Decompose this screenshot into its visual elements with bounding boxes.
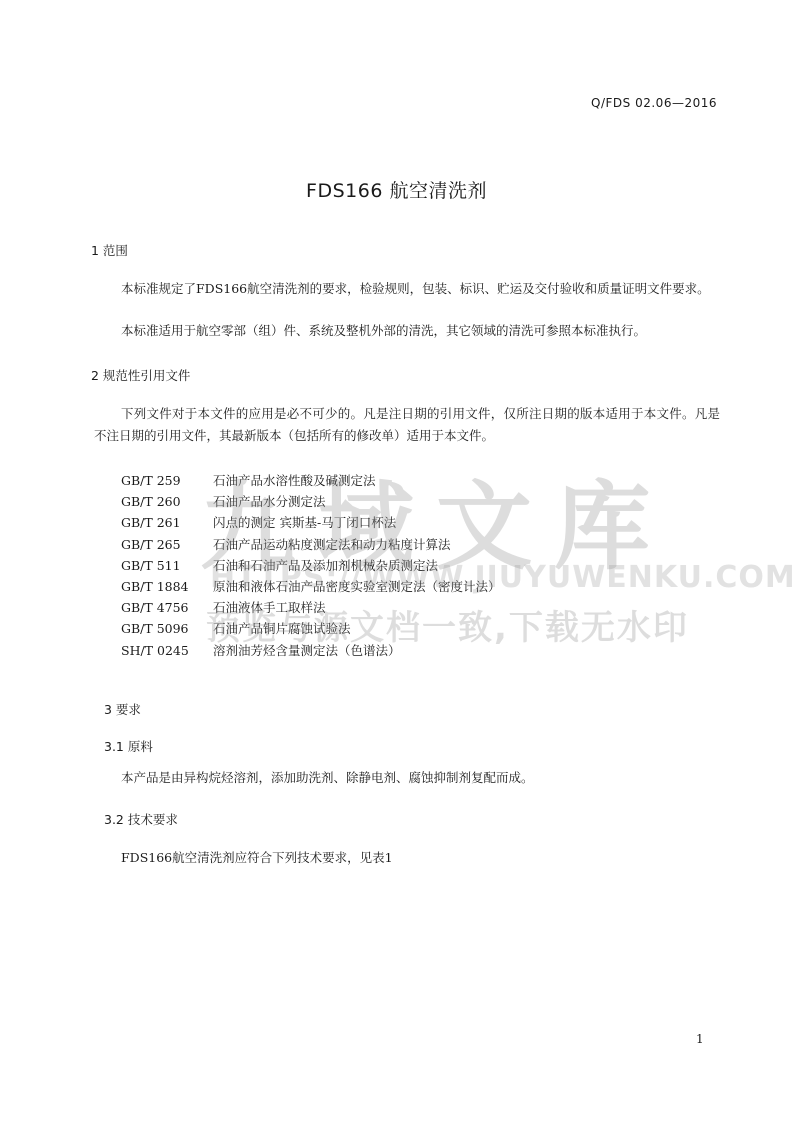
document-title: FDS166 航空清洗剂 <box>0 176 793 203</box>
reference-item: GB/T 4756 石油液体手工取样法 <box>121 597 501 618</box>
reference-code: GB/T 260 <box>121 491 213 512</box>
section-1-heading: 1 范围 <box>91 241 128 259</box>
section-1-paragraph-2: 本标准适用于航空零部（组）件、系统及整机外部的清洗，其它领域的清洗可参照本标准执… <box>94 320 720 342</box>
reference-code: GB/T 261 <box>121 512 213 533</box>
reference-code: GB/T 259 <box>121 470 213 491</box>
section-2-heading: 2 规范性引用文件 <box>91 366 190 384</box>
reference-title: 石油产品运动粘度测定法和动力粘度计算法 <box>213 534 451 555</box>
reference-item: GB/T 259 石油产品水溶性酸及碱测定法 <box>121 470 501 491</box>
standard-code: Q/FDS 02.06—2016 <box>591 96 717 110</box>
section-3-1-paragraph: 本产品是由异构烷烃溶剂，添加助洗剂、除静电剂、腐蚀抑制剂复配而成。 <box>121 767 747 789</box>
section-3-heading: 3 要求 <box>104 700 141 718</box>
reference-code: GB/T 1884 <box>121 576 213 597</box>
section-3-1-heading: 3.1 原料 <box>104 737 153 755</box>
reference-item: GB/T 511 石油和石油产品及添加剂机械杂质测定法 <box>121 555 501 576</box>
page-number: 1 <box>696 1032 704 1046</box>
reference-item: GB/T 1884 原油和液体石油产品密度实验室测定法（密度计法） <box>121 576 501 597</box>
reference-item: GB/T 260 石油产品水分测定法 <box>121 491 501 512</box>
reference-code: GB/T 4756 <box>121 597 213 618</box>
document-page: Q/FDS 02.06—2016 FDS166 航空清洗剂 1 范围 本标准规定… <box>0 0 793 1122</box>
reference-item: SH/T 0245 溶剂油芳烃含量测定法（色谱法） <box>121 640 501 661</box>
reference-title: 石油和石油产品及添加剂机械杂质测定法 <box>213 555 438 576</box>
reference-code: GB/T 265 <box>121 534 213 555</box>
reference-code: GB/T 511 <box>121 555 213 576</box>
reference-item: GB/T 265 石油产品运动粘度测定法和动力粘度计算法 <box>121 534 501 555</box>
reference-code: SH/T 0245 <box>121 640 213 661</box>
reference-title: 石油液体手工取样法 <box>213 597 326 618</box>
reference-code: GB/T 5096 <box>121 618 213 639</box>
reference-title: 石油产品水分测定法 <box>213 491 326 512</box>
section-2-paragraph: 下列文件对于本文件的应用是必不可少的。凡是注日期的引用文件，仅所注日期的版本适用… <box>94 403 720 447</box>
reference-title: 闪点的测定 宾斯基-马丁闭口杯法 <box>213 512 396 533</box>
reference-item: GB/T 261 闪点的测定 宾斯基-马丁闭口杯法 <box>121 512 501 533</box>
reference-item: GB/T 5096 石油产品铜片腐蚀试验法 <box>121 618 501 639</box>
reference-title: 原油和液体石油产品密度实验室测定法（密度计法） <box>213 576 501 597</box>
reference-title: 溶剂油芳烃含量测定法（色谱法） <box>213 640 401 661</box>
section-3-2-paragraph: FDS166航空清洗剂应符合下列技术要求，见表1 <box>121 847 747 869</box>
reference-title: 石油产品铜片腐蚀试验法 <box>213 618 351 639</box>
reference-list: GB/T 259 石油产品水溶性酸及碱测定法 GB/T 260 石油产品水分测定… <box>121 470 501 661</box>
reference-title: 石油产品水溶性酸及碱测定法 <box>213 470 376 491</box>
section-1-paragraph-1: 本标准规定了FDS166航空清洗剂的要求，检验规则，包装、标识、贮运及交付验收和… <box>94 278 720 300</box>
section-3-2-heading: 3.2 技术要求 <box>104 810 178 828</box>
